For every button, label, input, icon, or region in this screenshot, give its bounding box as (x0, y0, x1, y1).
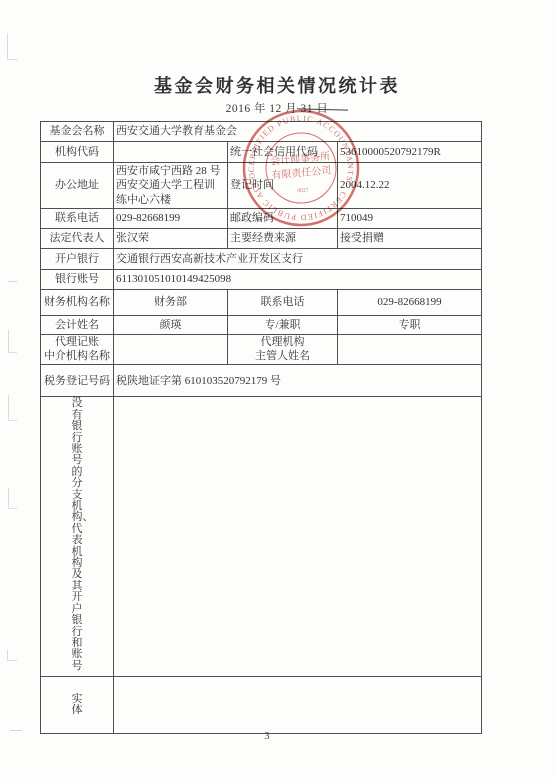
field-label: 办公地址 (41, 163, 114, 209)
field-label: 主要经费来源 (228, 228, 338, 248)
table-row: 法定代表人 张汉荣 主要经费来源 接受捐赠 (41, 228, 482, 248)
scan-artifact (7, 650, 17, 661)
field-label: 邮政编码 (228, 208, 338, 228)
field-value: 53610000520792179R (338, 142, 482, 163)
foundation-info-table: 基金会名称 西安交通大学教育基金会 机构代码 统一社会信用代码 53610000… (40, 121, 482, 734)
field-value: 颜瑛 (114, 315, 228, 334)
table-row: 机构代码 统一社会信用代码 53610000520792179R (41, 142, 482, 163)
table-row: 银行账号 611301051010149425098 (41, 269, 482, 289)
table-row: 财务机构名称 财务部 联系电话 029-82668199 (41, 289, 482, 315)
field-label: 法定代表人 (41, 228, 114, 248)
field-value: 税陕地证字第 610103520792179 号 (114, 365, 482, 397)
field-label: 统一社会信用代码 (228, 142, 338, 163)
field-value: 财务部 (114, 289, 228, 315)
field-label: 银行账号 (41, 269, 114, 289)
field-value: 029-82668199 (338, 289, 482, 315)
scan-artifact (7, 33, 18, 60)
field-label: 机构代码 (41, 142, 114, 163)
field-value: 2004.12.22 (338, 163, 482, 209)
field-label: 实体 (41, 677, 114, 734)
field-label: 没有银行账号的分支机构、代表机构及其开户银行和账号 (41, 397, 114, 677)
field-value (114, 334, 228, 365)
field-label: 财务机构名称 (41, 289, 114, 315)
scan-artifact (8, 395, 17, 421)
table-row: 办公地址 西安市咸宁西路 28 号西安交通大学工程训练中心六楼 登记时间 200… (41, 163, 482, 209)
table-row: 开户银行 交通银行西安高新技术产业开发区支行 (41, 248, 482, 269)
field-label: 基金会名称 (41, 122, 114, 142)
field-label: 会计姓名 (41, 315, 114, 334)
field-value: 张汉荣 (114, 228, 228, 248)
table-row: 联系电话 029-82668199 邮政编码 710049 (41, 208, 482, 228)
field-value: 西安市咸宁西路 28 号西安交通大学工程训练中心六楼 (114, 163, 228, 209)
scan-artifact (8, 281, 17, 282)
field-label: 开户银行 (41, 248, 114, 269)
scan-artifact (8, 330, 17, 353)
field-value (114, 397, 482, 677)
page-number: 3 (0, 731, 534, 742)
field-value: 029-82668199 (114, 208, 228, 228)
field-value: 611301051010149425098 (114, 269, 482, 289)
table-row: 没有银行账号的分支机构、代表机构及其开户银行和账号 (41, 397, 482, 677)
field-label: 联系电话 (228, 289, 338, 315)
field-value: 接受捐赠 (338, 228, 482, 248)
field-label: 联系电话 (41, 208, 114, 228)
table-row: 实体 (41, 677, 482, 734)
table-row: 会计姓名 颜瑛 专/兼职 专职 (41, 315, 482, 334)
field-value: 西安交通大学教育基金会 (114, 122, 482, 142)
table-row: 税务登记号码 税陕地证字第 610103520792179 号 (41, 365, 482, 397)
field-value (338, 334, 482, 365)
table-row: 代理记账 中介机构名称 代理机构 主管人姓名 (41, 334, 482, 365)
report-date: 2016 年 12 月 31 日 (0, 100, 554, 116)
field-value (114, 142, 228, 163)
field-value: 专职 (338, 315, 482, 334)
page-title: 基金会财务相关情况统计表 (0, 72, 554, 98)
field-label: 税务登记号码 (41, 365, 114, 397)
field-label: 代理记账 中介机构名称 (41, 334, 114, 365)
field-label: 专/兼职 (228, 315, 338, 334)
field-label: 代理机构 主管人姓名 (228, 334, 338, 365)
document-page: 基金会财务相关情况统计表 2016 年 12 月 31 日 基金会名称 西安交通… (0, 0, 554, 782)
field-value: 交通银行西安高新技术产业开发区支行 (114, 248, 482, 269)
field-label: 登记时间 (228, 163, 338, 209)
scan-artifact (8, 488, 17, 509)
table-row: 基金会名称 西安交通大学教育基金会 (41, 122, 482, 142)
field-value (114, 677, 482, 734)
field-value: 710049 (338, 208, 482, 228)
